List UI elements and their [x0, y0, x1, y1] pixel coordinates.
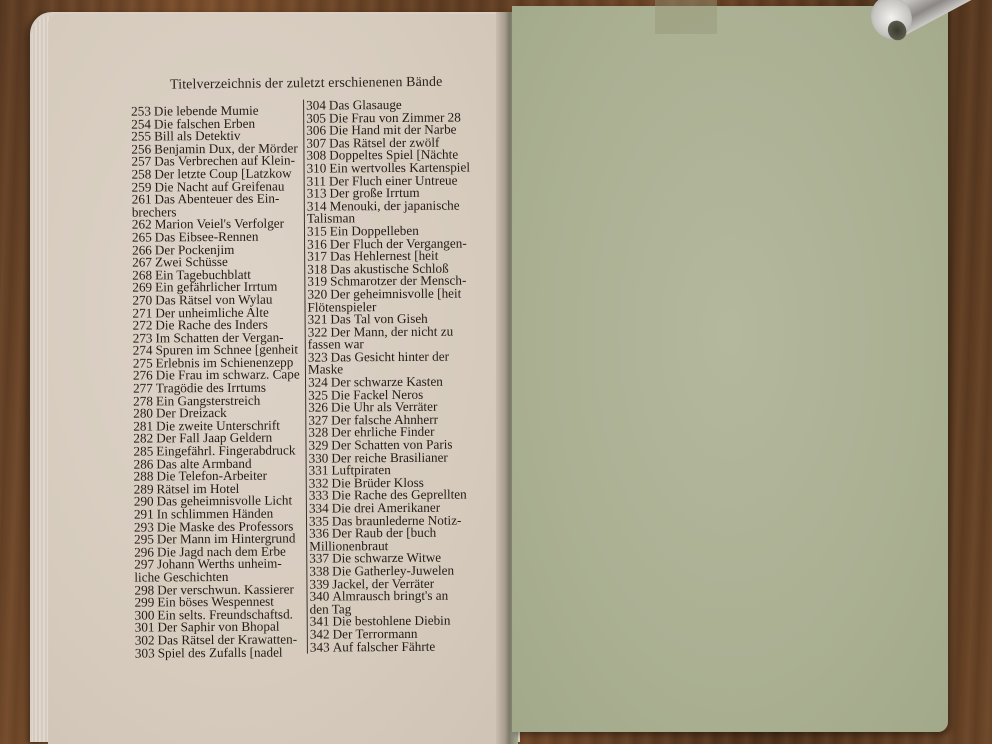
page-title: Titelverzeichnis der zuletzt erschienene… [170, 74, 470, 93]
back-cover [512, 6, 948, 732]
list-item: 303Spiel des Zufalls [nadel [135, 646, 305, 660]
volume-title: Auf falscher Fährte [333, 638, 436, 654]
volume-title: Spiel des Zufalls [nadel [158, 644, 283, 660]
volume-title: Das Gesicht hinter der [331, 349, 449, 365]
tape-patch [655, 0, 717, 34]
volume-number: 343 [310, 641, 330, 654]
list-item: 343Auf falscher Fährte [310, 640, 490, 654]
title-list-left: 253Die lebende Mumie254Die falschen Erbe… [131, 104, 305, 659]
volume-number: 303 [135, 647, 155, 660]
title-list-right: 304Das Glasauge305Die Frau von Zimmer 28… [303, 98, 490, 653]
